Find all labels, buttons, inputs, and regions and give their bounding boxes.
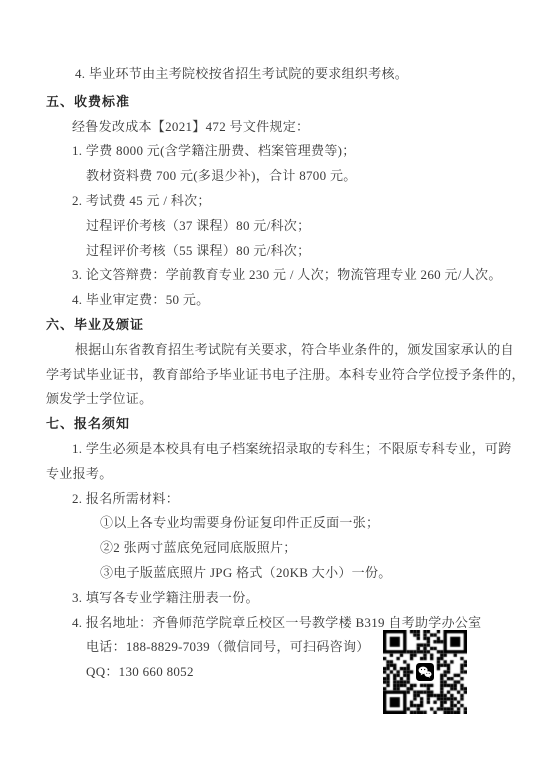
section-5-heading: 五、收费标准 — [46, 90, 506, 115]
section-7-heading: 七、报名须知 — [46, 412, 506, 437]
fee-item-tuition: 1. 学费 8000 元(含学籍注册费、档案管理费等)； — [46, 139, 506, 164]
notice-item-2-sub-1: ①以上各专业均需要身份证复印件正反面一张； — [46, 511, 506, 536]
notice-item-1-line-1: 1. 学生必须是本校具有电子档案统招录取的专科生；不限原专科专业，可跨 — [46, 437, 506, 462]
section-6-heading: 六、毕业及颁证 — [46, 313, 506, 338]
notice-item-2: 2. 报名所需材料： — [46, 487, 506, 512]
notice-item-1-line-2: 专业报考。 — [46, 462, 506, 487]
fee-item-thesis: 3. 论文答辩费：学前教育专业 230 元 / 人次；物流管理专业 260 元/… — [46, 263, 506, 288]
section-6-para-line-3: 颁发学士学位证。 — [46, 387, 506, 412]
section-5-intro: 经鲁发改成本【2021】472 号文件规定： — [46, 115, 506, 140]
notice-item-2-sub-2: ②2 张两寸蓝底免冠同底版照片； — [46, 536, 506, 561]
fee-item-graduation-review: 4. 毕业审定费：50 元。 — [46, 288, 506, 313]
wechat-icon — [416, 663, 434, 681]
document-page: 4. 毕业环节由主考院校按省招生考试院的要求组织考核。 五、收费标准 经鲁发改成… — [0, 0, 543, 768]
notice-item-3: 3. 填写各专业学籍注册表一份。 — [46, 586, 506, 611]
qr-code — [383, 630, 467, 714]
notice-item-2-sub-3: ③电子版蓝底照片 JPG 格式（20KB 大小）一份。 — [46, 561, 506, 586]
fee-item-exam-cont-2: 过程评价考核（55 课程）80 元/科次； — [46, 239, 506, 264]
section-6-para-line-1: 根据山东省教育招生考试院有关要求，符合毕业条件的，颁发国家承认的自 — [46, 338, 506, 363]
fee-item-tuition-cont: 教材资料费 700 元(多退少补)，合计 8700 元。 — [46, 164, 506, 189]
fee-item-exam: 2. 考试费 45 元 / 科次； — [46, 189, 506, 214]
section-6-para-line-2: 学考试毕业证书，教育部给予毕业证书电子注册。本科专业符合学位授予条件的， — [46, 363, 506, 388]
fee-item-exam-cont-1: 过程评价考核（37 课程）80 元/科次； — [46, 214, 506, 239]
item-graduation-assessment: 4. 毕业环节由主考院校按省招生考试院的要求组织考核。 — [46, 62, 506, 87]
document-content: 4. 毕业环节由主考院校按省招生考试院的要求组织考核。 五、收费标准 经鲁发改成… — [46, 62, 506, 685]
